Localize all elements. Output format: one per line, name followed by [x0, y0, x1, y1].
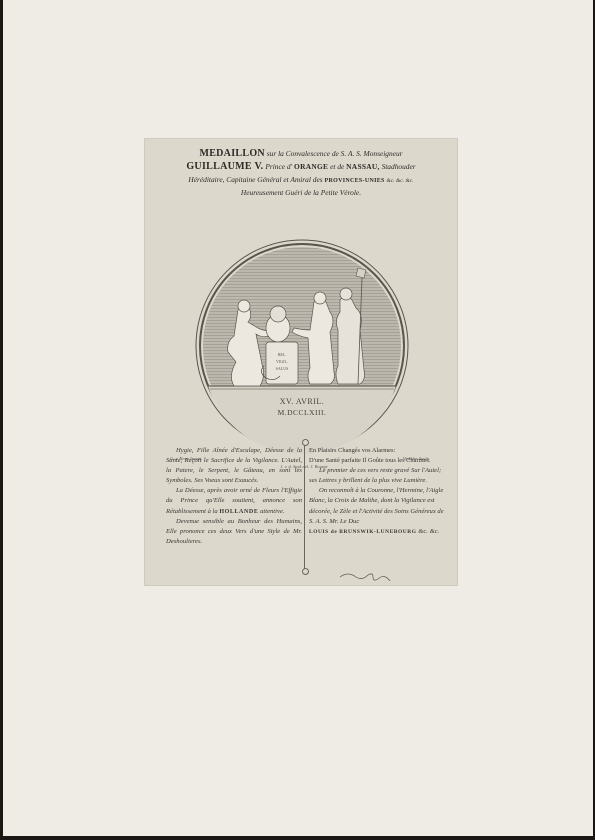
title-medaillon: MEDAILLON — [199, 148, 264, 159]
title-orange: ORANGE — [294, 162, 328, 171]
left-paragraph-2: La Déesse, après avoir orné de Fleurs l'… — [166, 486, 302, 516]
title-etc: &c. &c. &c. — [387, 178, 414, 184]
svg-text:BEL.: BEL. — [278, 352, 287, 357]
svg-text:SALUS: SALUS — [276, 366, 289, 371]
title-line-3-pre: Héréditaire, Capitaine Général et Amiral… — [188, 175, 322, 184]
left-text-column: Hygie, Fille Aînée d'Esculape, Déesse de… — [166, 446, 302, 547]
left-paragraph-1: Hygie, Fille Aînée d'Esculape, Déesse de… — [166, 446, 302, 486]
title-line-4: Heureusement Guéri de la Petite Vérole. — [144, 187, 458, 200]
right-text-column: En Plaisirs Changés vos Alarmes: D'une S… — [309, 446, 449, 537]
title-et-de: et de — [330, 162, 344, 171]
verse-line-2: D'une Santé parfaite Il Goûte tous les C… — [309, 456, 449, 466]
left-paragraph-3: Devenue sensible au Bonheur des Humains,… — [166, 517, 302, 547]
title-nassau: NASSAU, — [346, 162, 380, 171]
right-paragraph-2: On reconnoît à la Couronne, l'Hermine, l… — [309, 486, 449, 526]
title-stadhouder: Stadhouder — [382, 162, 416, 171]
print-title: MEDAILLON sur la Convalescence de S. A. … — [144, 148, 458, 200]
title-guillaume: GUILLAUME V. — [186, 161, 263, 172]
medallion-illustration: BEL. VIGIL. SALUS XV. AVRIL. M.DCCLXIII. — [194, 238, 410, 454]
svg-text:VIGIL.: VIGIL. — [276, 359, 288, 364]
title-line-3: Héréditaire, Capitaine Général et Amiral… — [144, 174, 458, 188]
title-prince: Prince d' — [265, 162, 292, 171]
right-paragraph-3: LOUIS de BRUNSWIK-LUNEBOURG &c. &c. — [309, 527, 449, 537]
title-line-2: GUILLAUME V. Prince d' ORANGE et de NASS… — [144, 161, 458, 174]
hollande-caps: HOLLANDE — [219, 509, 258, 515]
svg-text:M.DCCLXIII.: M.DCCLXIII. — [278, 408, 327, 417]
ornamental-flourish-icon — [338, 571, 408, 581]
medallion: BEL. VIGIL. SALUS XV. AVRIL. M.DCCLXIII. — [194, 238, 410, 454]
title-line-1: MEDAILLON sur la Convalescence de S. A. … — [144, 148, 458, 161]
right-paragraph-1: Le premier de ces vers reste gravé Sur l… — [309, 466, 449, 486]
title-line-1-rest: sur la Convalescence de S. A. S. Monseig… — [267, 149, 403, 158]
svg-text:XV. AVRIL.: XV. AVRIL. — [280, 397, 325, 406]
title-provinces-unies: PROVINCES-UNIES — [325, 178, 385, 184]
paper-mount: MEDAILLON sur la Convalescence de S. A. … — [3, 0, 593, 836]
right-paragraph-3-tail: &c. &c. — [418, 528, 439, 535]
duc-louis-caps: LOUIS de BRUNSWIK-LUNEBOURG — [309, 529, 417, 535]
engraved-plate: MEDAILLON sur la Convalescence de S. A. … — [144, 138, 458, 586]
column-divider — [304, 443, 305, 571]
left-paragraph-2-tail: attentive. — [260, 508, 284, 515]
verse-line-1: En Plaisirs Changés vos Alarmes: — [309, 446, 449, 456]
